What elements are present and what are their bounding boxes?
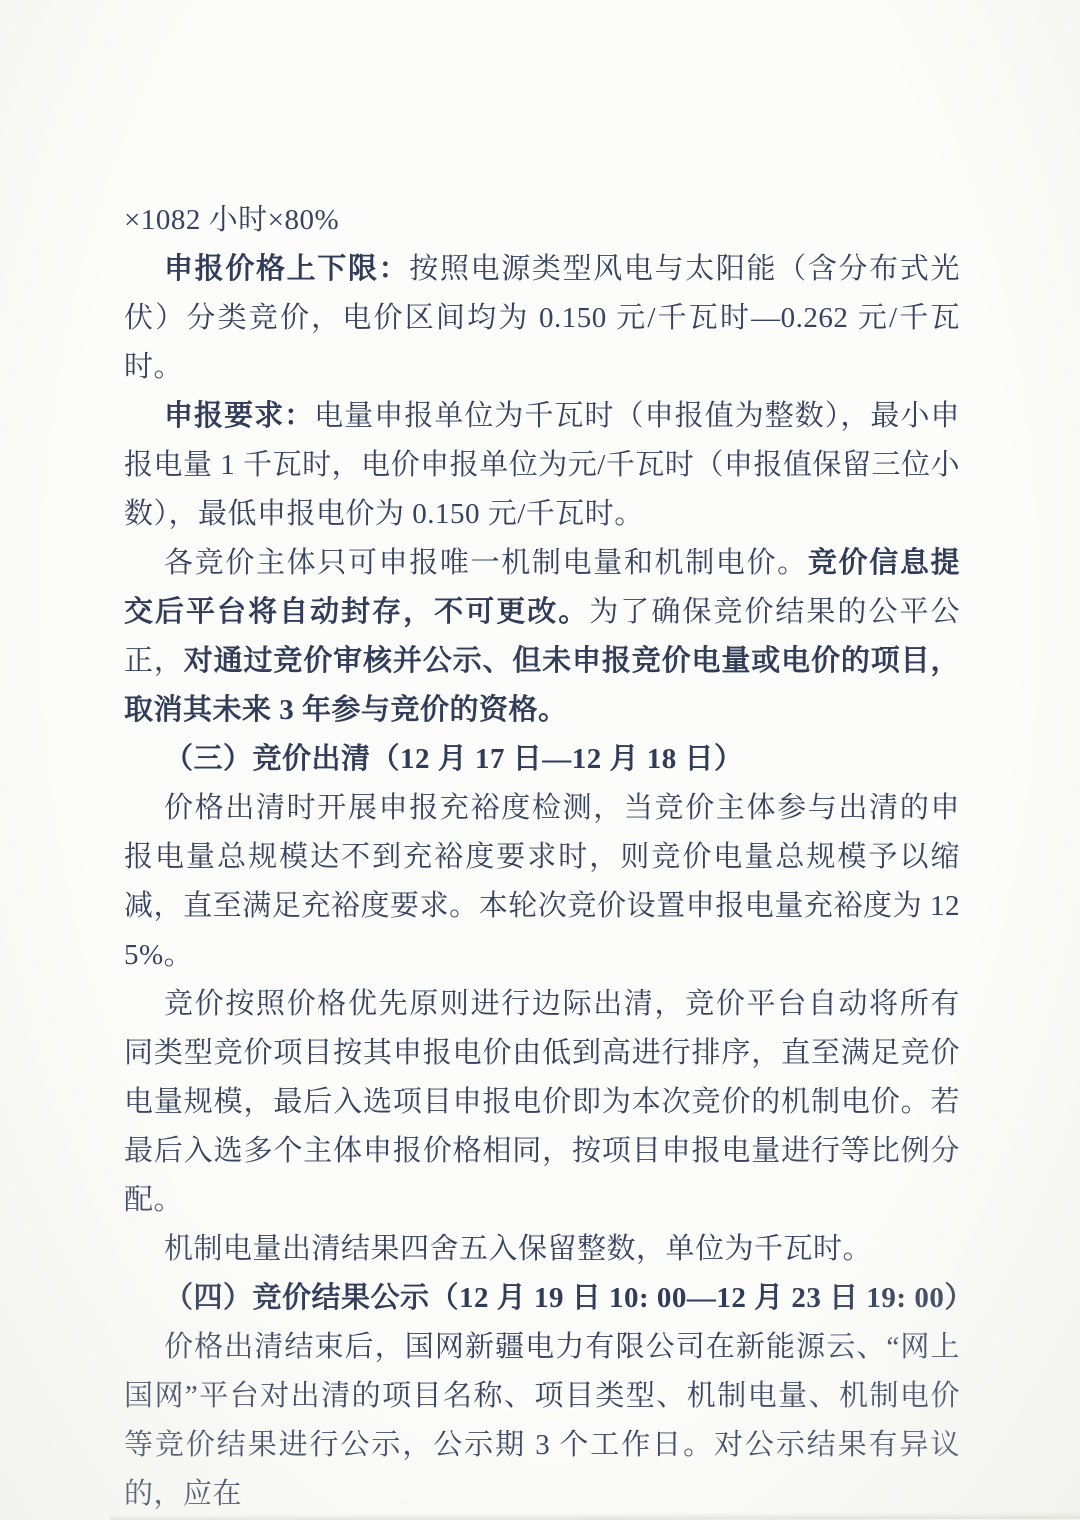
text-segment: 竞价按照价格优先原则进行边际出清，竞价平台自动将所有同类型竞价项目按其申报电价由…	[124, 988, 960, 1216]
heading-section-4-results: （四）竞价结果公示（12 月 19 日 10: 00—12 月 23 日 19:…	[124, 1274, 960, 1323]
text-segment: （四）竞价结果公示（12 月 19 日 10: 00—12 月 23 日 19:…	[164, 1282, 974, 1314]
para-bid-requirements: 申报要求：电量申报单位为千瓦时（申报值为整数），最小申报电量 1 千瓦时，电价申…	[124, 392, 960, 539]
text-segment: 各竞价主体只可申报唯一机制电量和机制电价。	[164, 547, 808, 579]
para-bid-price-limits: 申报价格上下限：按照电源类型风电与太阳能（含分布式光伏）分类竞价，电价区间均为 …	[124, 245, 960, 392]
text-segment: 申报要求：	[164, 400, 314, 432]
text-segment: 价格出清结束后，国网新疆电力有限公司在新能源云、“网上国网”平台对出清的项目名称…	[124, 1331, 960, 1510]
text-segment: ×1082 小时×80%	[124, 204, 339, 236]
para-rounding-rule: 机制电量出清结果四舍五入保留整数，单位为千瓦时。	[124, 1225, 960, 1274]
text-segment: 机制电量出清结果四舍五入保留整数，单位为千瓦时。	[164, 1233, 872, 1265]
para-marginal-clearing: 竞价按照价格优先原则进行边际出清，竞价平台自动将所有同类型竞价项目按其申报电价由…	[124, 980, 960, 1225]
text-segment: 价格出清时开展申报充裕度检测，当竞价主体参与出清的申报电量总规模达不到充裕度要求…	[124, 792, 960, 971]
para-single-bid-rule: 各竞价主体只可申报唯一机制电量和机制电价。竞价信息提交后平台将自动封存，不可更改…	[124, 539, 960, 735]
page-bottom-shadow	[110, 1512, 1080, 1520]
text-segment: 申报价格上下限：	[164, 253, 409, 285]
text-segment: （三）竞价出清（12 月 17 日—12 月 18 日）	[164, 743, 744, 775]
document-page: ×1082 小时×80%申报价格上下限：按照电源类型风电与太阳能（含分布式光伏）…	[0, 0, 1080, 1520]
para-results-publication: 价格出清结束后，国网新疆电力有限公司在新能源云、“网上国网”平台对出清的项目名称…	[124, 1323, 960, 1519]
heading-section-3-clearing: （三）竞价出清（12 月 17 日—12 月 18 日）	[124, 735, 960, 784]
formula-continuation: ×1082 小时×80%	[124, 196, 960, 245]
text-segment: 对通过竞价审核并公示、但未申报竞价电量或电价的项目，取消其未来 3 年参与竞价的…	[124, 645, 960, 726]
para-adequacy-check: 价格出清时开展申报充裕度检测，当竞价主体参与出清的申报电量总规模达不到充裕度要求…	[124, 784, 960, 980]
document-body: ×1082 小时×80%申报价格上下限：按照电源类型风电与太阳能（含分布式光伏）…	[124, 196, 960, 1519]
